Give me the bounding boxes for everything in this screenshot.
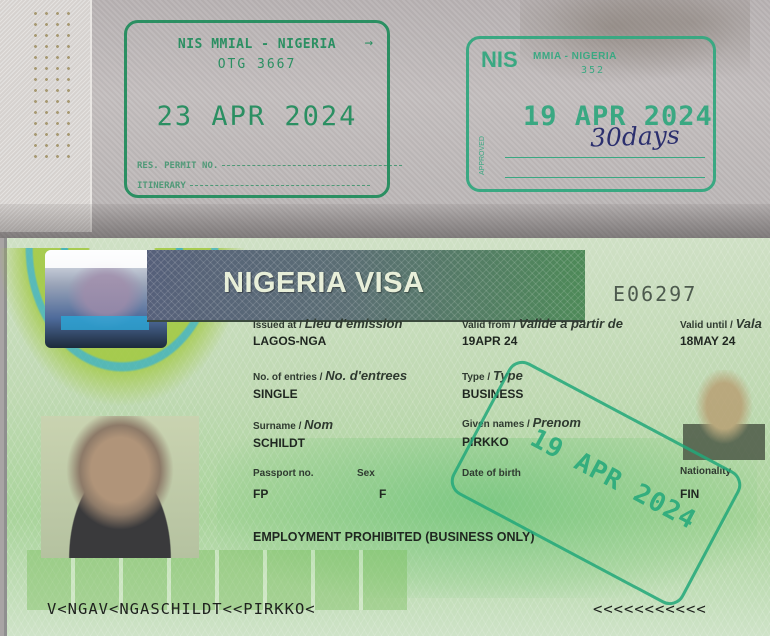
exit-stamp-header: NIS MMIAL - NIGERIA xyxy=(137,37,377,52)
perforation-dots xyxy=(30,8,74,158)
machine-readable-zone: V<NGAV<NGASCHILDT<<PIRKKO< xyxy=(47,600,316,618)
valid-from-value: 19APR 24 xyxy=(462,334,517,348)
visa-title: NIGERIA VISA xyxy=(223,267,425,300)
entry-stamp: NIS MMIA - NIGERIA 352 APPROVED 19 APR 2… xyxy=(466,36,716,192)
visa-number: E06297 xyxy=(613,282,697,306)
entry-stamp-header: MMIA - NIGERIA xyxy=(533,51,617,62)
dotted-line xyxy=(190,185,370,186)
issued-at-label: Issued at / Lieu d'emission xyxy=(253,316,402,331)
entries-label: No. of entries / No. d'entrees xyxy=(253,368,407,383)
mrz-filler: <<<<<<<<<<< xyxy=(593,600,707,618)
entry-stamp-code: 352 xyxy=(581,65,605,76)
exit-stamp-date: 23 APR 2024 xyxy=(127,101,387,132)
valid-until-label: Valid until / Vala xyxy=(680,316,762,331)
hologram-band xyxy=(61,316,149,330)
holder-portrait xyxy=(41,416,199,558)
visa-remark: EMPLOYMENT PROHIBITED (BUSINESS ONLY) xyxy=(253,530,535,544)
valid-until-value: 18MAY 24 xyxy=(680,334,735,348)
issued-at-value: LAGOS-NGA xyxy=(253,334,326,348)
entry-stamp-agency: NIS xyxy=(481,47,518,73)
entries-value: SINGLE xyxy=(253,387,298,401)
visa-sticker: NIGERIA VISA E06297 Issued at / Lieu d'e… xyxy=(4,238,770,636)
page-fold-shadow xyxy=(0,204,770,238)
surname-label: Surname / Nom xyxy=(253,417,333,432)
entry-stamp-side-text: APPROVED xyxy=(479,85,491,175)
signature-line xyxy=(505,177,705,178)
permit-label: RES. PERMIT NO. xyxy=(137,161,218,171)
dotted-line xyxy=(222,165,402,166)
arrow-right-icon: → xyxy=(365,35,373,51)
sex-value: F xyxy=(379,487,386,501)
passport-no-value: FP xyxy=(253,487,268,501)
handwritten-note: 30days xyxy=(590,120,681,152)
exit-stamp-permit-line: RES. PERMIT NO. xyxy=(137,161,402,171)
visa-title-banner: NIGERIA VISA xyxy=(147,250,585,322)
exit-stamp: NIS MMIAL - NIGERIA → OTG 3667 23 APR 20… xyxy=(124,20,390,198)
signature-line xyxy=(505,157,705,158)
sex-label: Sex xyxy=(357,468,375,479)
passport-no-label: Passport no. xyxy=(253,468,314,479)
itinerary-label: ITINERARY xyxy=(137,181,186,191)
passport-security-strip xyxy=(0,0,92,232)
upper-passport-page: NIS MMIAL - NIGERIA → OTG 3667 23 APR 20… xyxy=(0,0,770,238)
ghost-portrait xyxy=(683,370,765,460)
valid-from-label: Valid from / Valide a partir de xyxy=(462,316,623,331)
visa-stamp-date: 19 APR 2024 xyxy=(525,423,701,535)
exit-stamp-itinerary-line: ITINERARY xyxy=(137,181,370,191)
surname-value: SCHILDT xyxy=(253,436,305,450)
exit-stamp-code: OTG 3667 xyxy=(127,57,387,72)
